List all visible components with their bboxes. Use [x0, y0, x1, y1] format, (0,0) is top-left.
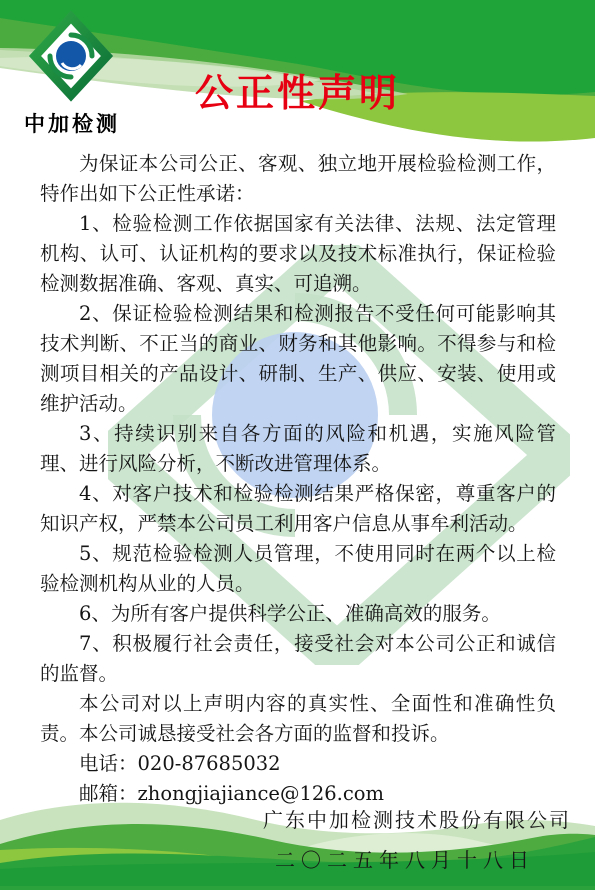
phone-value: 020-87685032: [138, 752, 281, 775]
statement-paragraph: 为保证本公司公正、客观、独立地开展检验检测工作，特作出如下公正性承诺：: [40, 149, 556, 209]
statement-paragraph: 5、规范检验检测人员管理，不使用同时在两个以上检验检测机构从业的人员。: [40, 539, 556, 599]
statement-paragraph: 7、积极履行社会责任，接受社会对本公司公正和诚信的监督。: [40, 629, 556, 689]
email-label: 邮箱：: [79, 782, 138, 805]
phone-label: 电话：: [79, 752, 138, 775]
signature-block: 广东中加检测技术股份有限公司 二〇二五年八月十八日: [0, 804, 595, 876]
statement-page: 中加检测 公正性声明 为保证本公司公正、客观、独立地开展检验检测工作，特作出如下…: [0, 0, 595, 890]
statement-paragraph: 4、对客户技术和检验检测结果严格保密，尊重客户的知识产权，严禁本公司员工利用客户…: [40, 479, 556, 539]
email-value: zhongjiajiance@126.com: [138, 782, 385, 805]
statement-paragraph: 1、检验检测工作依据国家有关法律、法规、法定管理机构、认可、认证机构的要求以及技…: [40, 209, 556, 299]
statement-paragraph: 6、为所有客户提供科学公正、准确高效的服务。: [40, 599, 556, 629]
statement-paragraph: 本公司对以上声明内容的真实性、全面性和准确性负责。本公司诚恳接受社会各方面的监督…: [40, 689, 556, 749]
statement-body: 为保证本公司公正、客观、独立地开展检验检测工作，特作出如下公正性承诺： 1、检验…: [40, 149, 556, 809]
signature-date: 二〇二五年八月十八日: [0, 844, 595, 876]
signature-company: 广东中加检测技术股份有限公司: [0, 804, 595, 836]
phone-line: 电话：020-87685032: [40, 749, 556, 779]
page-title: 公正性声明: [0, 62, 595, 117]
statement-paragraph: 2、保证检验检测结果和检测报告不受任何可能影响其技术判断、不正当的商业、财务和其…: [40, 299, 556, 419]
statement-paragraph: 3、持续识别来自各方面的风险和机遇，实施风险管理、进行风险分析，不断改进管理体系…: [40, 419, 556, 479]
